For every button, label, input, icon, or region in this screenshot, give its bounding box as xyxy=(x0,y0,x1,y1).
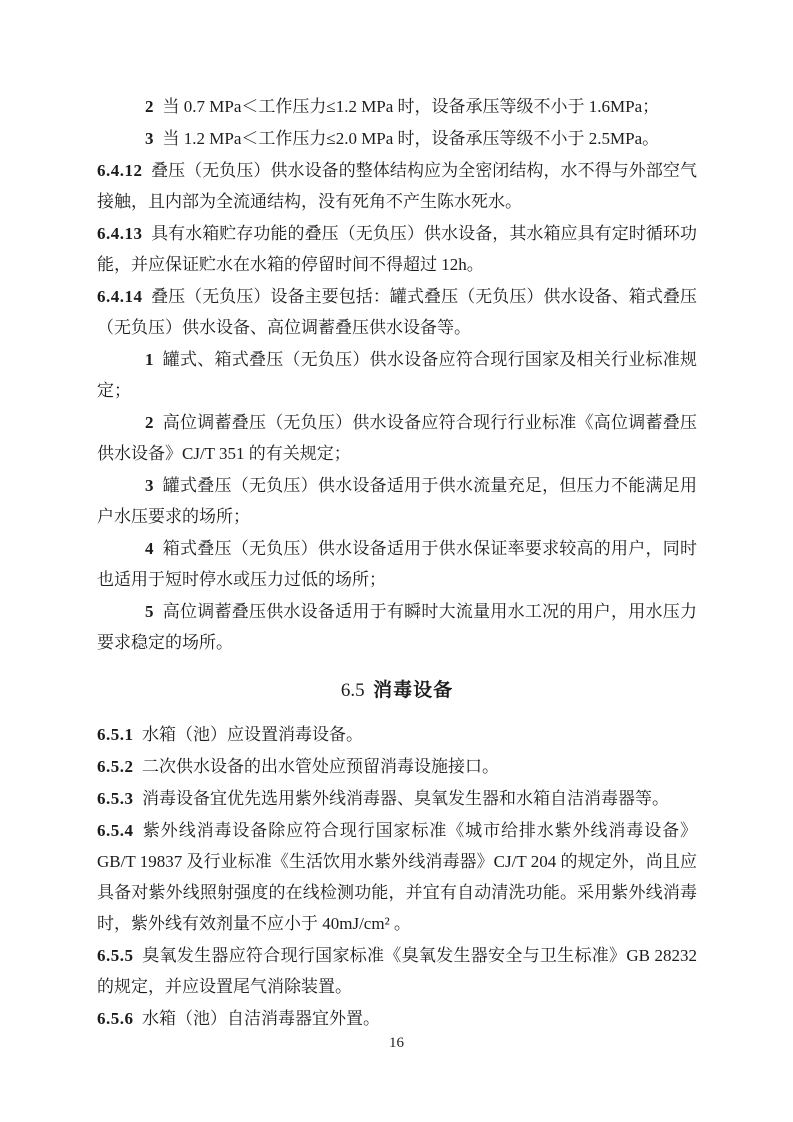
clause-text: 叠压（无负压）供水设备的整体结构应为全密闭结构，水不得与外部空气接触，且内部为全… xyxy=(97,161,697,211)
clause-paragraph: 6.5.5臭氧发生器应符合现行国家标准《臭氧发生器安全与卫生标准》GB 2823… xyxy=(97,940,697,1002)
document-page: { "document": { "pre_items": [ { "num": … xyxy=(0,0,793,1122)
item-number: 5 xyxy=(145,602,154,621)
item-text: 当 1.2 MPa＜工作压力≤2.0 MPa 时，设备承压等级不小于 2.5MP… xyxy=(163,129,660,148)
page-footer: 16 xyxy=(0,1032,793,1054)
item-text: 高位调蓄叠压（无负压）供水设备应符合现行行业标准《高位调蓄叠压供水设备》CJ/T… xyxy=(97,413,697,463)
item-number: 2 xyxy=(145,413,154,432)
numbered-list-item: 3当 1.2 MPa＜工作压力≤2.0 MPa 时，设备承压等级不小于 2.5M… xyxy=(97,123,697,154)
numbered-list-item: 1罐式、箱式叠压（无负压）供水设备应符合现行国家及相关行业标准规定； xyxy=(97,344,697,406)
numbered-list-item: 2高位调蓄叠压（无负压）供水设备应符合现行行业标准《高位调蓄叠压供水设备》CJ/… xyxy=(97,407,697,469)
clause-paragraph: 6.5.2二次供水设备的出水管处应预留消毒设施接口。 xyxy=(97,751,697,782)
item-text: 罐式叠压（无负压）供水设备适用于供水流量充足，但压力不能满足用户水压要求的场所； xyxy=(97,476,697,526)
clause-text: 紫外线消毒设备除应符合现行国家标准《城市给排水紫外线消毒设备》GB/T 1983… xyxy=(97,821,697,933)
clause-text: 具有水箱贮存功能的叠压（无负压）供水设备，其水箱应具有定时循环功能，并应保证贮水… xyxy=(97,224,697,274)
document-body: 2当 0.7 MPa＜工作压力≤1.2 MPa 时，设备承压等级不小于 1.6M… xyxy=(97,90,697,1035)
section-title: 消毒设备 xyxy=(373,680,453,701)
clause-number: 6.4.14 xyxy=(97,287,143,306)
clause-paragraph: 6.5.4紫外线消毒设备除应符合现行国家标准《城市给排水紫外线消毒设备》GB/T… xyxy=(97,815,697,939)
clause-number: 6.5.3 xyxy=(97,789,134,808)
clause-number: 6.5.6 xyxy=(97,1009,134,1028)
clause-paragraph: 6.5.6水箱（池）自洁消毒器宜外置。 xyxy=(97,1003,697,1034)
clause-paragraph: 6.5.3消毒设备宜优先选用紫外线消毒器、臭氧发生器和水箱自洁消毒器等。 xyxy=(97,783,697,814)
clause-paragraph: 6.4.14叠压（无负压）设备主要包括：罐式叠压（无负压）供水设备、箱式叠压（无… xyxy=(97,281,697,343)
clause-number: 6.4.12 xyxy=(97,161,143,180)
item-number: 3 xyxy=(145,476,154,495)
section-number: 6.5 xyxy=(341,680,365,701)
clause-number: 6.5.4 xyxy=(97,821,134,840)
clause-paragraph: 6.4.12叠压（无负压）供水设备的整体结构应为全密闭结构，水不得与外部空气接触… xyxy=(97,155,697,217)
clause-text: 水箱（池）应设置消毒设备。 xyxy=(142,725,363,744)
numbered-list-item: 2当 0.7 MPa＜工作压力≤1.2 MPa 时，设备承压等级不小于 1.6M… xyxy=(97,91,697,122)
clause-text: 消毒设备宜优先选用紫外线消毒器、臭氧发生器和水箱自洁消毒器等。 xyxy=(142,789,669,808)
numbered-list-item: 3罐式叠压（无负压）供水设备适用于供水流量充足，但压力不能满足用户水压要求的场所… xyxy=(97,470,697,532)
clause-text: 水箱（池）自洁消毒器宜外置。 xyxy=(142,1009,380,1028)
clause-text: 叠压（无负压）设备主要包括：罐式叠压（无负压）供水设备、箱式叠压（无负压）供水设… xyxy=(97,287,697,337)
page-number: 16 xyxy=(389,1035,404,1051)
clause-number: 6.5.2 xyxy=(97,757,134,776)
clause-paragraph: 6.5.1水箱（池）应设置消毒设备。 xyxy=(97,719,697,750)
item-text: 当 0.7 MPa＜工作压力≤1.2 MPa 时，设备承压等级不小于 1.6MP… xyxy=(163,97,660,116)
clause-text: 臭氧发生器应符合现行国家标准《臭氧发生器安全与卫生标准》GB 28232 的规定… xyxy=(97,946,697,996)
item-number: 4 xyxy=(145,539,154,558)
clause-number: 6.5.5 xyxy=(97,946,134,965)
numbered-list-item: 5高位调蓄叠压供水设备适用于有瞬时大流量用水工况的用户，用水压力要求稳定的场所。 xyxy=(97,596,697,658)
section-heading: 6.5消毒设备 xyxy=(97,675,697,706)
item-number: 1 xyxy=(145,350,154,369)
clause-paragraph: 6.4.13具有水箱贮存功能的叠压（无负压）供水设备，其水箱应具有定时循环功能，… xyxy=(97,218,697,280)
numbered-list-item: 4箱式叠压（无负压）供水设备适用于供水保证率要求较高的用户，同时也适用于短时停水… xyxy=(97,533,697,595)
clause-text: 二次供水设备的出水管处应预留消毒设施接口。 xyxy=(142,757,499,776)
clause-number: 6.4.13 xyxy=(97,224,143,243)
item-text: 高位调蓄叠压供水设备适用于有瞬时大流量用水工况的用户，用水压力要求稳定的场所。 xyxy=(97,602,697,652)
item-number: 3 xyxy=(145,129,154,148)
item-number: 2 xyxy=(145,97,154,116)
clause-number: 6.5.1 xyxy=(97,725,134,744)
item-text: 罐式、箱式叠压（无负压）供水设备应符合现行国家及相关行业标准规定； xyxy=(97,350,697,400)
item-text: 箱式叠压（无负压）供水设备适用于供水保证率要求较高的用户，同时也适用于短时停水或… xyxy=(97,539,697,589)
